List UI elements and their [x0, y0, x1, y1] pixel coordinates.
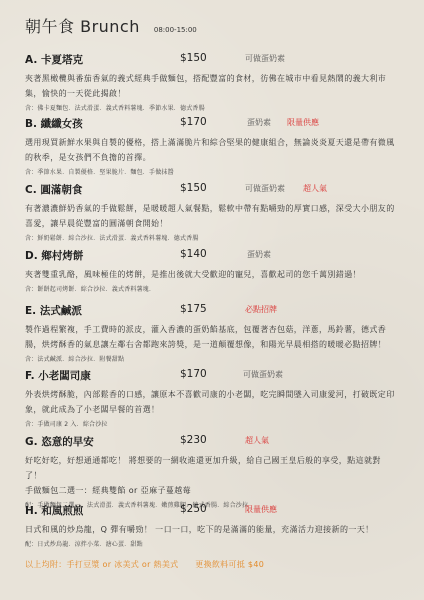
diet-tag: 可做蛋奶素: [245, 53, 285, 64]
item-header: D. 鄉村烤餅 $140 蛋奶素: [25, 248, 410, 262]
diet-tag: 可做蛋奶素: [243, 369, 283, 380]
diet-tag: 蛋奶素: [247, 249, 271, 260]
item-description: 日式和風的炒烏龍，Q 彈有嚼勁！ 一口一口，吃下的是滿滿的能量，充滿活力迎接新的…: [25, 522, 397, 537]
item-includes: 含：季節水果．自製優格．堅果脆片．麵包．手做抹醬: [25, 167, 410, 176]
item-name: G. 恣意的早安: [25, 434, 94, 449]
item-header: H. 和風煎煎 $250 限量供應: [25, 503, 410, 517]
item-price: $230: [180, 434, 207, 446]
item-includes: 含：佛卡夏麵包．法式滑蛋．義式香料薯塊．季節水果．德式香腸: [25, 103, 410, 112]
popular-badge: 超人氣: [303, 183, 327, 194]
drink-upgrade-credit: 更換飲料可抵 $40: [195, 560, 264, 569]
diet-tag: 蛋奶素: [247, 117, 271, 128]
item-name: H. 和風煎煎: [25, 503, 83, 518]
item-description: 選用現買新鮮水果與自製的優格，搭上滿滿脆片和綜合堅果的健康組合，無論炎炎夏天還是…: [25, 135, 397, 165]
item-price: $170: [180, 116, 207, 128]
item-price: $175: [180, 303, 207, 315]
menu-item-g: G. 恣意的早安 $230 超人氣 好吃好吃，好想通通都吃！ 將想要的一網收進還…: [25, 434, 410, 509]
item-description: 有著濃濃鮮奶香氣的手做鬆餅，是暖暖超人氣餐點，鬆軟中帶有點嚼勁的厚實口感，深受大…: [25, 201, 397, 231]
item-name: E. 法式鹹派: [25, 303, 82, 318]
menu-title: 朝午食 Brunch: [25, 14, 140, 37]
item-description: 夾著黑橄欖與番茄香氣的義式經典手做麵包，搭配豐富的食材，彷佛在城市中看見熱鬧的義…: [25, 71, 397, 101]
item-header: F. 小老闆司康 $170 可做蛋奶素: [25, 368, 410, 382]
item-name: B. 纖纖女孩: [25, 116, 83, 131]
item-header: A. 卡夏塔克 $150 可做蛋奶素: [25, 52, 410, 66]
menu-hours: 08:00-15:00: [154, 26, 197, 34]
item-includes: 含：法式鹹派．綜合沙拉．附餐甜點: [25, 354, 410, 363]
item-header: E. 法式鹹派 $175 必點招牌: [25, 303, 410, 317]
item-price: $170: [180, 368, 207, 380]
item-name: F. 小老闆司康: [25, 368, 91, 383]
item-description: 製作過程繁複，手工費時的派皮，灌入香濃的蛋奶餡基底，包覆著杏包菇，洋蔥，馬鈴薯，…: [25, 322, 397, 352]
item-includes: 配：日式炒烏龍．涼拌小菜．溏心蛋．甜點: [25, 539, 410, 548]
menu-item-c: C. 圓滿朝食 $150 可做蛋奶素 超人氣 有著濃濃鮮奶香氣的手做鬆餅，是暖暖…: [25, 182, 410, 242]
menu-item-h: H. 和風煎煎 $250 限量供應 日式和風的炒烏龍，Q 彈有嚼勁！ 一口一口，…: [25, 503, 410, 548]
diet-tag: 可做蛋奶素: [245, 183, 285, 194]
bread-choice: 手做麵包二選一：經典雙餡 or 亞麻子蔓越莓: [25, 483, 397, 498]
menu-item-d: D. 鄉村烤餅 $140 蛋奶素 夾著雙重乳酪，風味極佳的烤餅，是推出後就大受歡…: [25, 248, 410, 293]
item-price: $250: [180, 503, 207, 515]
item-includes: 含：手做司康 2 入．綜合沙拉: [25, 419, 410, 428]
menu-item-f: F. 小老闆司康 $170 可做蛋奶素 外表烘烤酥脆，內部鬆香的口感，讓原本不喜…: [25, 368, 410, 428]
item-description: 夾著雙重乳酪，風味極佳的烤餅，是推出後就大受歡迎的寵兒，喜歡起司的您千萬別錯過！: [25, 267, 397, 282]
item-price: $150: [180, 52, 207, 64]
signature-badge: 必點招牌: [245, 304, 277, 315]
menu-item-a: A. 卡夏塔克 $150 可做蛋奶素 夾著黑橄欖與番茄香氣的義式經典手做麵包，搭…: [25, 52, 410, 112]
item-name: C. 圓滿朝食: [25, 182, 82, 197]
limited-badge: 限量供應: [245, 504, 277, 515]
menu-item-b: B. 纖纖女孩 $170 蛋奶素 限量供應 選用現買新鮮水果與自製的優格，搭上滿…: [25, 116, 410, 176]
item-name: D. 鄉村烤餅: [25, 248, 83, 263]
item-header: G. 恣意的早安 $230 超人氣: [25, 434, 410, 448]
menu-header: 朝午食 Brunch 08:00-15:00: [25, 14, 197, 37]
item-price: $150: [180, 182, 207, 194]
limited-badge: 限量供應: [287, 117, 319, 128]
menu-item-e: E. 法式鹹派 $175 必點招牌 製作過程繁複，手工費時的派皮，灌入香濃的蛋奶…: [25, 303, 410, 363]
item-includes: 含：餅餅起司烤餅．綜合沙拉．義式香料薯塊．: [25, 284, 410, 293]
drink-note: 以上均附：手打豆漿 or 冰美式 or 熱美式 更換飲料可抵 $40: [25, 559, 264, 570]
item-header: C. 圓滿朝食 $150 可做蛋奶素 超人氣: [25, 182, 410, 196]
item-name: A. 卡夏塔克: [25, 52, 83, 67]
item-header: B. 纖纖女孩 $170 蛋奶素 限量供應: [25, 116, 410, 130]
item-description: 外表烘烤酥脆，內部鬆香的口感，讓原本不喜歡司康的小老闆，吃完瞬間墜入司康愛河，打…: [25, 387, 397, 417]
included-drinks: 以上均附：手打豆漿 or 冰美式 or 熱美式: [25, 560, 178, 569]
popular-badge: 超人氣: [245, 435, 269, 446]
item-description: 好吃好吃，好想通通都吃！ 將想要的一網收進還更加升級，給自己國王皇后般的享受，點…: [25, 453, 397, 483]
item-includes: 含：鮮奶鬆餅．綜合沙拉．法式滑蛋．義式香料薯塊．德式香腸: [25, 233, 410, 242]
item-price: $140: [180, 248, 207, 260]
